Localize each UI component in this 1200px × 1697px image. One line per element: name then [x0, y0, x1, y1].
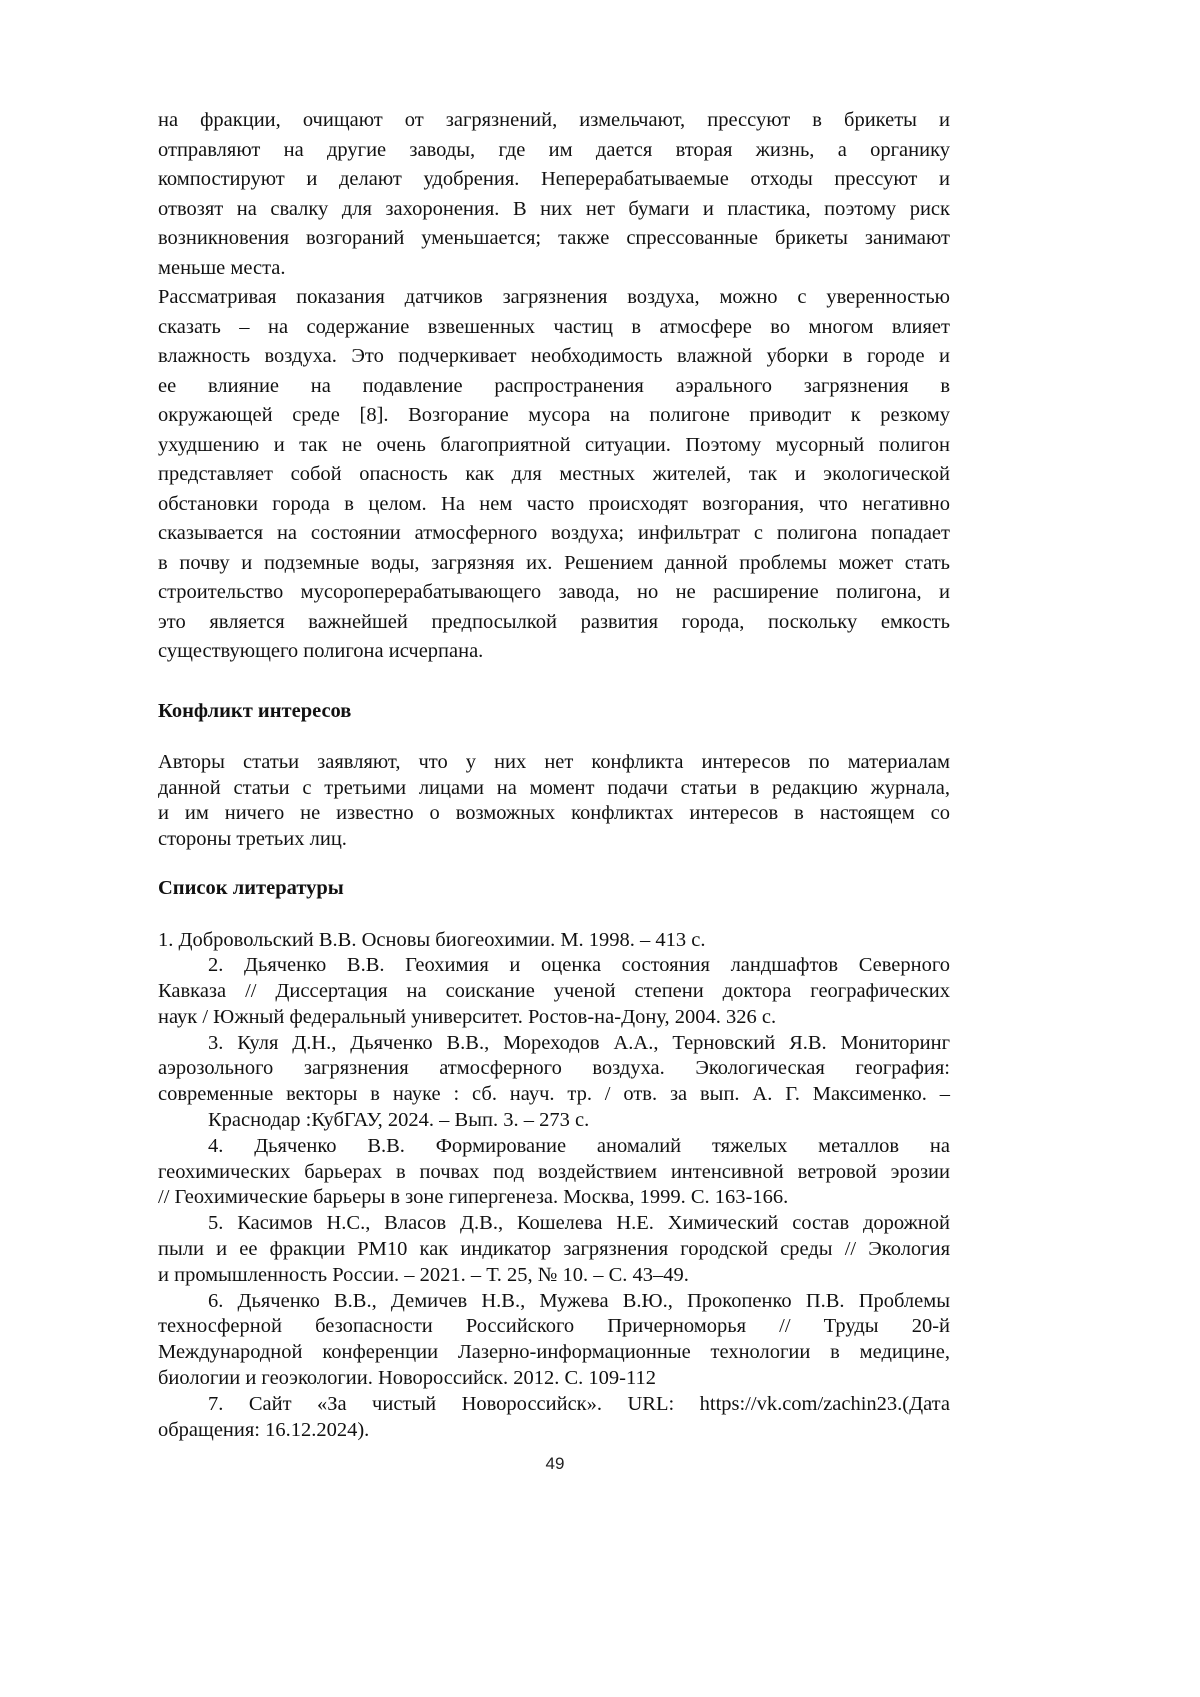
reference-line: Международной конференции Лазерно-информ… [158, 1340, 950, 1366]
text-line: меньше места. [158, 254, 950, 284]
reference-line: биологии и геоэкологии. Новороссийск. 20… [158, 1366, 950, 1392]
text-line: ее влияние на подавление распространения… [158, 372, 950, 402]
reference-line: 6. Дьяченко В.В., Демичев Н.В., Мужева В… [158, 1289, 950, 1315]
text-line: отправляют на другие заводы, где им дает… [158, 136, 950, 166]
reference-line: обращения: 16.12.2024). [158, 1418, 950, 1444]
text-line: сказывается на состоянии атмосферного во… [158, 519, 950, 549]
reference-item: 1. Добровольский В.В. Основы биогеохимии… [158, 928, 950, 954]
text-line: возникновения возгораний уменьшается; та… [158, 224, 950, 254]
conflict-of-interest-text: Авторы статьи заявляют, что у них нет ко… [158, 750, 950, 852]
reference-line: пыли и ее фракции PM10 как индикатор заг… [158, 1237, 950, 1263]
text-line: Рассматривая показания датчиков загрязне… [158, 283, 950, 313]
references-list: 1. Добровольский В.В. Основы биогеохимии… [158, 928, 950, 1444]
reference-item: 4. Дьяченко В.В. Формирование аномалий т… [158, 1134, 950, 1211]
reference-line: 3. Куля Д.Н., Дьяченко В.В., Мореходов А… [158, 1031, 950, 1057]
text-line: влажность воздуха. Это подчеркивает необ… [158, 342, 950, 372]
text-line: отвозят на свалку для захоронения. В них… [158, 195, 950, 225]
document-page: на фракции, очищают от загрязнений, изме… [158, 106, 950, 1443]
text-line: строительство мусороперерабатывающего за… [158, 578, 950, 608]
text-line: ухудшению и так не очень благоприятной с… [158, 431, 950, 461]
reference-line: // Геохимические барьеры в зоне гиперген… [158, 1185, 950, 1211]
reference-line: аэрозольного загрязнения атмосферного во… [158, 1056, 950, 1082]
text-line: на фракции, очищают от загрязнений, изме… [158, 106, 950, 136]
reference-line: 5. Касимов Н.С., Власов Д.В., Кошелева Н… [158, 1211, 950, 1237]
reference-line: геохимических барьерах в почвах под возд… [158, 1160, 950, 1186]
body-paragraph-1: на фракции, очищают от загрязнений, изме… [158, 106, 950, 283]
conflict-of-interest-heading: Конфликт интересов [158, 697, 950, 727]
reference-item: 5. Касимов Н.С., Власов Д.В., Кошелева Н… [158, 1211, 950, 1288]
text-line: компостируют и делают удобрения. Неперер… [158, 165, 950, 195]
reference-line: техносферной безопасности Российского Пр… [158, 1314, 950, 1340]
text-line: Авторы статьи заявляют, что у них нет ко… [158, 750, 950, 776]
reference-line: 1. Добровольский В.В. Основы биогеохимии… [158, 928, 950, 954]
reference-item: 7. Сайт «За чистый Новороссийск». URL: h… [158, 1392, 950, 1444]
reference-item: 6. Дьяченко В.В., Демичев Н.В., Мужева В… [158, 1289, 950, 1392]
reference-line: Краснодар :КубГАУ, 2024. – Вып. 3. – 273… [158, 1108, 950, 1134]
text-line: это является важнейшей предпосылкой разв… [158, 608, 950, 638]
text-line: в почву и подземные воды, загрязняя их. … [158, 549, 950, 579]
body-paragraph-2: Рассматривая показания датчиков загрязне… [158, 283, 950, 667]
text-line: существующего полигона исчерпана. [158, 637, 950, 667]
text-line: обстановки города в целом. На нем часто … [158, 490, 950, 520]
reference-line: Кавказа // Диссертация на соискание учен… [158, 979, 950, 1005]
reference-line: современные векторы в науке : сб. науч. … [158, 1082, 950, 1108]
text-line: стороны третьих лиц. [158, 827, 950, 853]
text-line: окружающей среде [8]. Возгорание мусора … [158, 401, 950, 431]
text-line: представляет собой опасность как для мес… [158, 460, 950, 490]
references-heading: Список литературы [158, 874, 950, 904]
text-line: сказать – на содержание взвешенных части… [158, 313, 950, 343]
text-line: и им ничего не известно о возможных конф… [158, 801, 950, 827]
reference-line: и промышленность России. – 2021. – Т. 25… [158, 1263, 950, 1289]
reference-line: 7. Сайт «За чистый Новороссийск». URL: h… [158, 1392, 950, 1418]
text-line: данной статьи с третьими лицами на момен… [158, 776, 950, 802]
reference-item: 2. Дьяченко В.В. Геохимия и оценка состо… [158, 953, 950, 1030]
reference-item: 3. Куля Д.Н., Дьяченко В.В., Мореходов А… [158, 1031, 950, 1134]
reference-line: 4. Дьяченко В.В. Формирование аномалий т… [158, 1134, 950, 1160]
reference-line: 2. Дьяченко В.В. Геохимия и оценка состо… [158, 953, 950, 979]
page-number: 49 [0, 1454, 1110, 1474]
reference-line: наук / Южный федеральный университет. Ро… [158, 1005, 950, 1031]
